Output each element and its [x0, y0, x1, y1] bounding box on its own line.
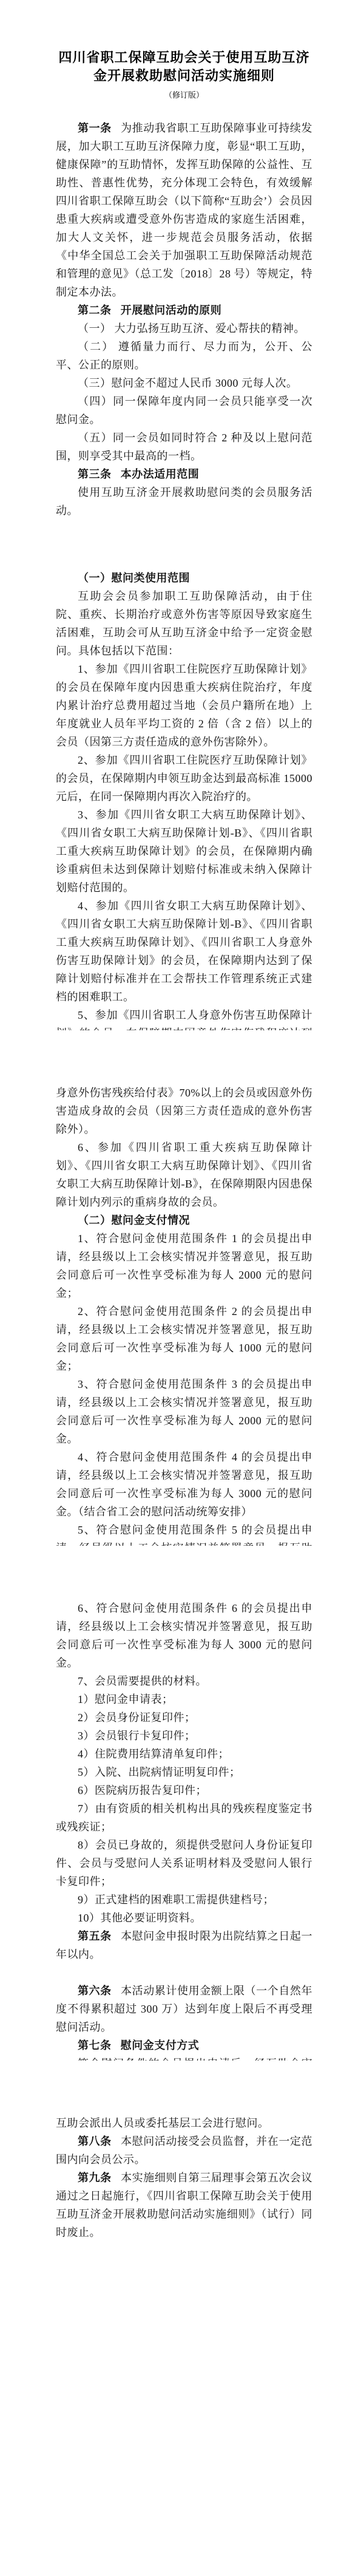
paragraph: 2、参加《四川省职工住院医疗互助保障计划》的会员，在保障期内申领互助金达到最高标…: [56, 751, 312, 806]
document: 四川省职工保障互助会关于使用互助互济金开展救助慰问活动实施细则（修订版）第一条为…: [0, 0, 364, 2576]
section-heading: 第三条本办法适用范围: [56, 465, 312, 483]
document-subtitle: （修订版）: [56, 89, 312, 102]
paragraph: 第九条本实施细则自第三届理事会第五次会议通过之日起施行，《四川省职工保障互助会关…: [56, 2169, 312, 2241]
article-number: 第五条: [78, 1930, 112, 1942]
paragraph: 5、参加《四川省职工人身意外伤害互助保障计划》的会员，在保障期内因意外伤害伤残程…: [56, 1006, 312, 1031]
paragraph: 4、参加《四川省女职工大病互助保障计划》、《四川省女职工大病互助保障计划-B》、…: [56, 897, 312, 1006]
paragraph: 9）正式建档的困难职工需提供建档号；: [56, 1891, 312, 1909]
document-page-4: 6、符合慰问金使用范围条件 6 的会员提出申请，经县级以上工会核实情况并签署意见…: [0, 1546, 364, 2061]
article-number: 第六条: [78, 1985, 112, 1997]
document-title-line: 金开展救助慰问活动实施细则: [56, 67, 312, 85]
document-page-3: 身意外伤害残疾给付表》70%以上的会员或因意外伤害造成身故的会员（因第三方责任造…: [0, 1030, 364, 1546]
paragraph: 8）会员已身故的，须提供受慰问人身份证复印件、会员与受慰问人关系证明材料及受慰问…: [56, 1836, 312, 1891]
paragraph: 4）住院费用结算清单复印件；: [56, 1745, 312, 1763]
paragraph: 互助会会员参加职工互助保障活动，由于住院、重疾、长期治疗或意外伤害等原因导致家庭…: [56, 587, 312, 660]
paragraph: 第一条为推动我省职工互助保障事业可持续发展，加大职工互助互济保障力度，彰显“职工…: [56, 119, 312, 301]
article-number: 第八条: [78, 2135, 112, 2147]
paragraph-continuation: 身意外伤害残疾给付表》70%以上的会员或因意外伤害造成身故的会员（因第三方责任造…: [56, 1084, 312, 1138]
paragraph: 使用互助互济金开展救助慰问类的会员服务活动。: [56, 483, 312, 515]
document-page-5: 互助会派出人员或委托基层工会进行慰问。第八条本慰问活动接受会员监督，并在一定范围…: [0, 2061, 364, 2576]
paragraph: 3、参加《四川省女职工大病互助保障计划》、《四川省女职工大病互助保障计划-B》、…: [56, 806, 312, 897]
paragraph: 第八条本慰问活动接受会员监督，并在一定范围内向会员公示。: [56, 2132, 312, 2169]
article-number: 第九条: [78, 2172, 112, 2184]
paragraph: 第六条本活动累计使用金额上限（一个自然年度不得累积超过 300 万）达到年度上限…: [56, 1982, 312, 2036]
article-number: 第一条: [78, 122, 112, 134]
paragraph: 6、符合慰问金使用范围条件 6 的会员提出申请，经县级以上工会核实情况并签署意见…: [56, 1599, 312, 1672]
paragraph-continuation: 互助会派出人员或委托基层工会进行慰问。: [56, 2114, 312, 2132]
paragraph: （五）同一会员如同时符合 2 种及以上慰问范围，则享受其中最高的一档。: [56, 429, 312, 465]
paragraph: 3、符合慰问金使用范围条件 3 的会员提出申请，经县级以上工会核实情况并签署意见…: [56, 1375, 312, 1448]
paragraph: 第五条本慰问金申报时限为出院结算之日起一年以内。: [56, 1927, 312, 1963]
paragraph: 6、参加《四川省职工重大疾病互助保障计划》、《四川省女职工大病互助保障计划》、《…: [56, 1138, 312, 1211]
paragraph: 符合慰问条件的会员提出申请后，经互助会审核同意后，: [56, 2054, 312, 2061]
paragraph: 6）医院病历报告复印件；: [56, 1781, 312, 1799]
section-heading: （二）慰问金支付情况: [56, 1211, 312, 1229]
paragraph: 3）会员银行卡复印件；: [56, 1727, 312, 1745]
paragraph: 1、符合慰问金使用范围条件 1 的会员提出申请，经县级以上工会核实情况并签署意见…: [56, 1229, 312, 1302]
paragraph: （二） 遵循量力而行、尽力而为，公开、公平、公正的原则。: [56, 338, 312, 374]
section-heading: （一）慰问类使用范围: [56, 569, 312, 587]
article-number: 第三条: [78, 468, 112, 480]
paragraph: 1、参加《四川省职工住院医疗互助保障计划》的会员在保障年度内因患重大疾病住院治疗…: [56, 660, 312, 751]
paragraph: 7）由有资质的相关机构出具的残疾程度鉴定书或残疾证；: [56, 1799, 312, 1836]
paragraph: 1）慰问金申请表；: [56, 1690, 312, 1708]
paragraph: 2、符合慰问金使用范围条件 2 的会员提出申请，经县级以上工会核实情况并签署意见…: [56, 1302, 312, 1375]
section-heading: 第二条开展慰问活动的原则: [56, 301, 312, 319]
document-page-2: （一）慰问类使用范围互助会会员参加职工互助保障活动，由于住院、重疾、长期治疗或意…: [0, 515, 364, 1031]
paragraph: 5）入院、出院病情证明复印件；: [56, 1763, 312, 1781]
paragraph: 2）会员身份证复印件；: [56, 1708, 312, 1727]
paragraph: 4、符合慰问金使用范围条件 4 的会员提出申请，经县级以上工会核实情况并签署意见…: [56, 1448, 312, 1521]
document-title-line: 四川省职工保障互助会关于使用互助互济: [56, 49, 312, 67]
article-number: 第二条: [78, 304, 112, 316]
paragraph: 7、会员需要提供的材料。: [56, 1672, 312, 1690]
article-number: 第七条: [78, 2039, 112, 2051]
paragraph: 10）其他必要证明资料。: [56, 1909, 312, 1927]
paragraph: （一） 大力弘扬互助互济、爱心帮扶的精神。: [56, 319, 312, 338]
document-page-1: 四川省职工保障互助会关于使用互助互济金开展救助慰问活动实施细则（修订版）第一条为…: [0, 0, 364, 515]
paragraph: （四）同一保障年度内同一会员只能享受一次慰问金。: [56, 392, 312, 429]
paragraph: 5、符合慰问金使用范围条件 5 的会员提出申请，经县级以上工会核实情况并签署意见…: [56, 1521, 312, 1546]
paragraph: （三）慰问金不超过人民币 3000 元每人次。: [56, 374, 312, 392]
section-heading: 第七条慰问金支付方式: [56, 2036, 312, 2054]
